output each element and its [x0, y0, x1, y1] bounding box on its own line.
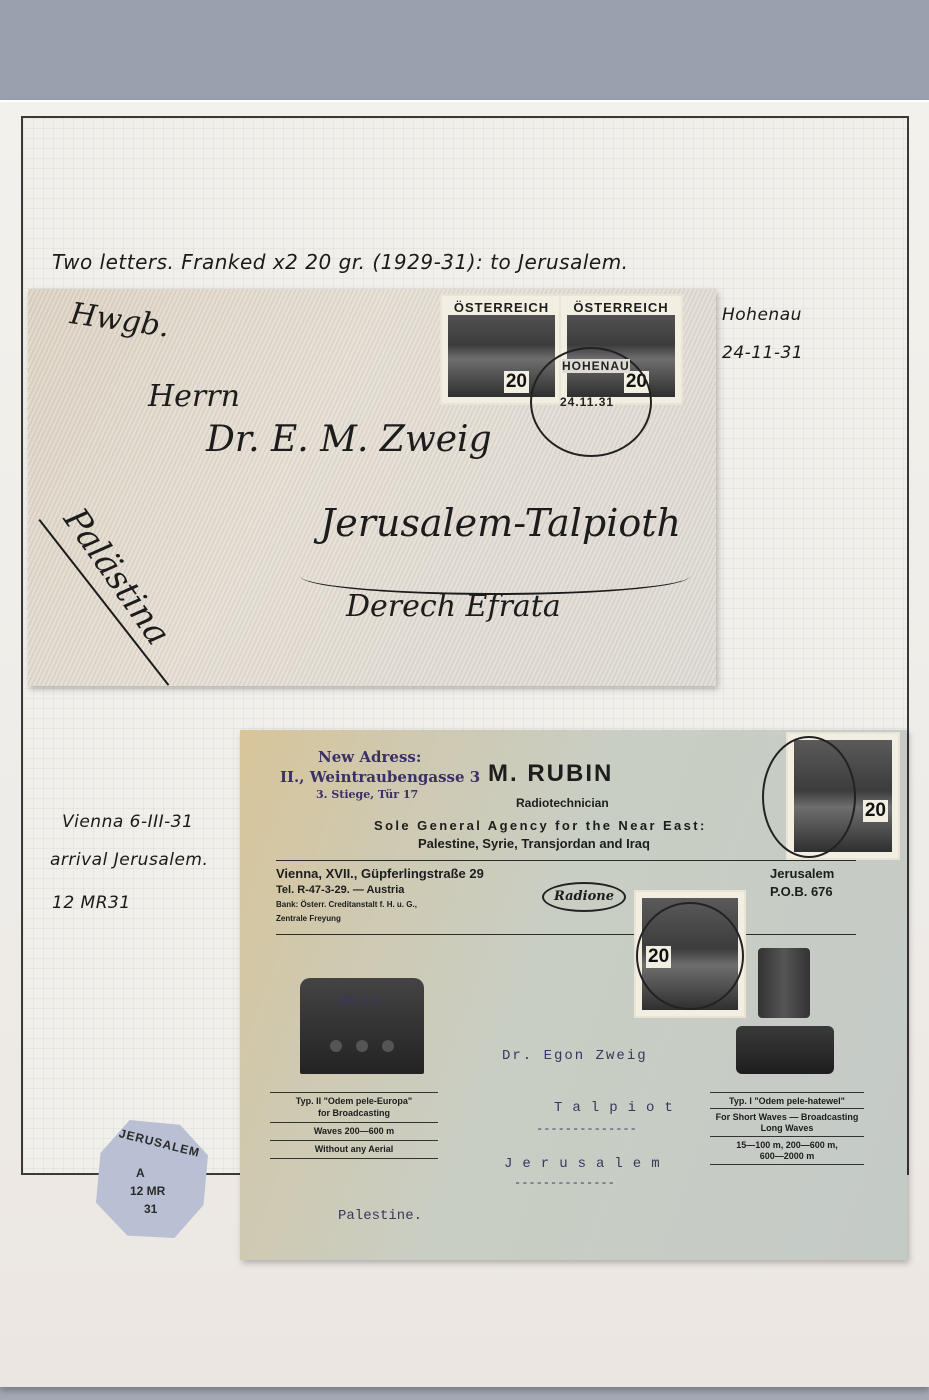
stamp-country: ÖSTERREICH: [448, 300, 555, 315]
salutation: Herrn: [148, 379, 240, 414]
branch-pob: P.O.B. 676: [770, 884, 833, 899]
agency-line: Sole General Agency for the Near East:: [374, 818, 707, 833]
new-address-street: II., Weintraubengasse 3: [280, 768, 480, 786]
company-name: M. RUBIN: [488, 760, 613, 788]
postmark: HOHENAU 24.11.31: [530, 347, 652, 457]
letter2-origin-note: Vienna 6-III-31: [62, 812, 193, 832]
stamp-value: 20: [504, 371, 529, 393]
envelope-1: Hwgb. Herrn Dr. E. M. Zweig Jerusalem-Ta…: [28, 289, 716, 686]
typed-underline: --------------: [536, 1122, 637, 1136]
cancel-year: 31: [144, 1202, 157, 1216]
postmark-date: 24.11.31: [560, 395, 614, 409]
heading-note: Two letters. Franked x2 20 gr. (1929-31)…: [52, 250, 629, 274]
branch-city: Jerusalem: [770, 866, 834, 881]
product-1-subtitle: for Broadcasting: [270, 1108, 438, 1118]
company-profession: Radiotechnician: [516, 796, 609, 810]
postmark: [636, 902, 744, 1010]
brand-logo: Radione: [542, 882, 626, 912]
new-address-detail: 3. Stiege, Tür 17: [316, 788, 418, 801]
divider: [276, 934, 856, 935]
phone-line: Tel. R-47-3-29. — Austria: [276, 884, 404, 896]
divider: [276, 860, 856, 861]
address-line: Vienna, XVII., Güpferlingstraße 29: [276, 866, 484, 881]
product-1-waves: Waves 200—600 m: [270, 1126, 438, 1136]
new-address-label: New Adress:: [318, 748, 421, 766]
cancel-letter: A: [136, 1166, 145, 1180]
typed-country: Palestine.: [338, 1208, 422, 1224]
radio-illustration-1: [300, 978, 424, 1074]
typed-recipient: Dr. Egon Zweig: [502, 1048, 648, 1064]
postmark: [762, 736, 856, 858]
bank-branch-line: Zentrale Freyung: [276, 914, 341, 923]
product-2-subtitle: For Short Waves — Broadcasting: [710, 1112, 864, 1122]
letter2-arrival-note: arrival Jerusalem.: [50, 850, 208, 870]
recipient-country: Palästina: [55, 501, 178, 652]
typed-city: Jerusalem: [504, 1156, 670, 1172]
radio-illustration-2: [736, 948, 834, 1078]
letter2-arrival-date-note: 12 MR31: [52, 893, 131, 913]
typed-underline: --------------: [514, 1176, 615, 1190]
product-1-note: Without any Aerial: [270, 1144, 438, 1154]
product-2-title: Typ. I "Odem pele-hatewel": [710, 1096, 864, 1106]
product-1-title: Typ. II "Odem pele-Europa": [270, 1096, 438, 1106]
recipient-name: Dr. E. M. Zweig: [206, 419, 492, 460]
stamp-country: ÖSTERREICH: [567, 300, 675, 315]
stamp-value: 20: [863, 800, 888, 822]
typed-district: Talpiot: [554, 1100, 683, 1116]
product-2-subtitle-2: Long Waves: [710, 1123, 864, 1133]
product-2-waves: 15—100 m, 200—600 m,: [710, 1140, 864, 1150]
corner-note: Hwgb.: [68, 296, 172, 345]
postmark-town: HOHENAU: [562, 359, 630, 373]
letter1-origin-note: Hohenau: [722, 305, 802, 325]
bank-line: Bank: Österr. Creditanstalt f. H. u. G.,: [276, 900, 417, 909]
letter1-date-note: 24-11-31: [722, 343, 803, 363]
envelope-2: New Adress: II., Weintraubengasse 3 3. S…: [240, 730, 907, 1260]
recipient-street: Derech Efrata: [346, 589, 561, 624]
product-2-waves-2: 600—2000 m: [710, 1151, 864, 1161]
cancel-date: 12 MR: [130, 1184, 165, 1198]
recipient-city: Jerusalem-Talpioth: [320, 501, 681, 545]
countries-line: Palestine, Syrie, Transjordan and Iraq: [418, 836, 650, 851]
typed-salutation: Herrn: [338, 994, 380, 1010]
